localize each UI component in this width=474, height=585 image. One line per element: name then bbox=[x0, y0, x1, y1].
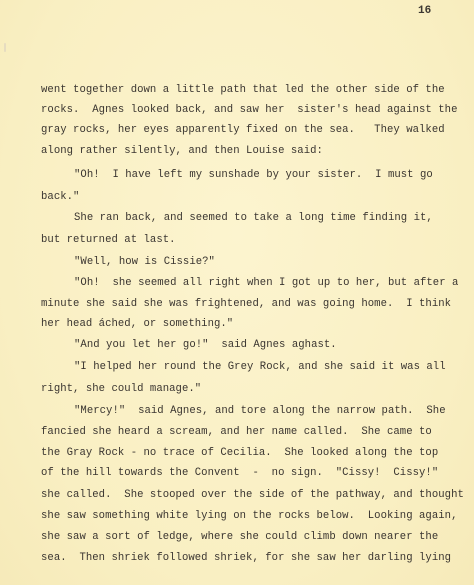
text-line: she called. She stooped over the side of… bbox=[41, 489, 464, 501]
text-line: went together down a little path that le… bbox=[41, 84, 445, 96]
text-line: "I helped her round the Grey Rock, and s… bbox=[74, 361, 446, 373]
text-line: right, she could manage." bbox=[41, 383, 201, 395]
text-line: the Gray Rock - no trace of Cecilia. She… bbox=[41, 447, 438, 459]
text-line: minute she said she was frightened, and … bbox=[41, 298, 451, 310]
text-line: rocks. Agnes looked back, and saw her si… bbox=[41, 104, 457, 116]
typewritten-page: 16 went together down a little path that… bbox=[0, 0, 474, 585]
text-line: her head áched, or something." bbox=[41, 318, 233, 330]
text-line: along rather silently, and then Louise s… bbox=[41, 145, 323, 157]
text-line: gray rocks, her eyes apparently fixed on… bbox=[41, 124, 445, 136]
page-number: 16 bbox=[418, 5, 431, 17]
text-line: "Oh! she seemed all right when I got up … bbox=[74, 277, 458, 289]
text-line: sea. Then shriek followed shriek, for sh… bbox=[41, 552, 451, 564]
text-line: but returned at last. bbox=[41, 234, 176, 246]
text-line: "And you let her go!" said Agnes aghast. bbox=[74, 339, 337, 351]
text-line: she saw something white lying on the roc… bbox=[41, 510, 457, 522]
text-line: she saw a sort of ledge, where she could… bbox=[41, 531, 438, 543]
text-line: fancied she heard a scream, and her name… bbox=[41, 426, 432, 438]
text-line: back." bbox=[41, 191, 79, 203]
text-line: "Well, how is Cissie?" bbox=[74, 256, 215, 268]
text-line: "Mercy!" said Agnes, and tore along the … bbox=[74, 405, 446, 417]
paper-edge-mark bbox=[4, 43, 6, 52]
text-line: "Oh! I have left my sunshade by your sis… bbox=[74, 169, 433, 181]
text-line: of the hill towards the Convent - no sig… bbox=[41, 467, 438, 479]
text-line: She ran back, and seemed to take a long … bbox=[74, 212, 433, 224]
